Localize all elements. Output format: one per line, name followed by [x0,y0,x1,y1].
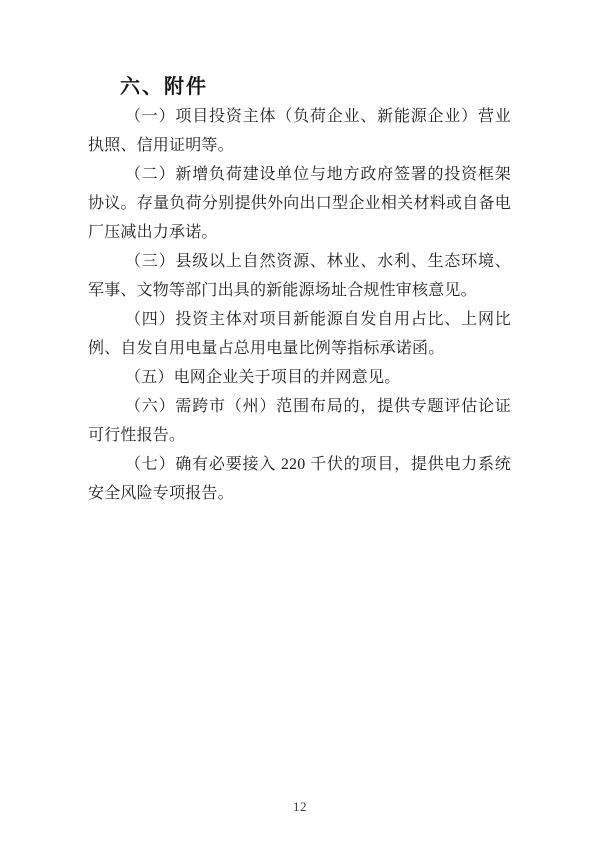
attachment-item-6: （六）需跨市（州）范围布局的，提供专题评估论证可行性报告。 [88,392,511,450]
attachment-item-2: （二）新增负荷建设单位与地方政府签署的投资框架协议。存量负荷分别提供外向出口型企… [88,160,511,247]
attachment-item-1: （一）项目投资主体（负荷企业、新能源企业）营业执照、信用证明等。 [88,102,511,160]
attachment-item-3: （三）县级以上自然资源、林业、水利、生态环境、军事、文物等部门出具的新能源场址合… [88,247,511,305]
document-page: 六、附件 （一）项目投资主体（负荷企业、新能源企业）营业执照、信用证明等。 （二… [0,0,600,849]
attachment-item-7: （七）确有必要接入 220 千伏的项目，提供电力系统安全风险专项报告。 [88,450,511,508]
attachment-item-4: （四）投资主体对项目新能源自发自用占比、上网比例、自发自用电量占总用电量比例等指… [88,305,511,363]
section-heading: 六、附件 [88,72,511,102]
attachment-item-5: （五）电网企业关于项目的并网意见。 [88,363,511,392]
page-number: 12 [0,800,600,813]
document-body: 六、附件 （一）项目投资主体（负荷企业、新能源企业）营业执照、信用证明等。 （二… [88,72,511,508]
